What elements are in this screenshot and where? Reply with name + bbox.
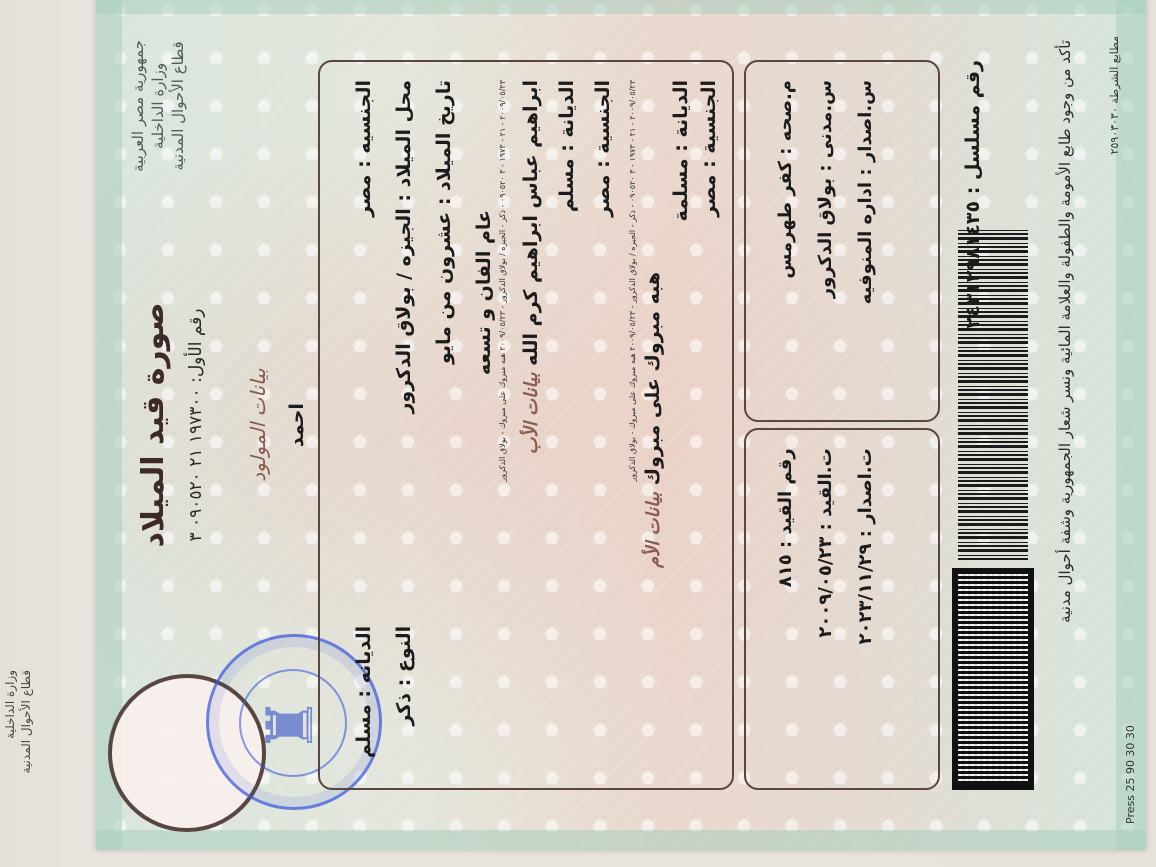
registry-offices: م.صحه : كفر طهرمس س.مدنى : بولاق الدكرور…	[744, 60, 940, 422]
mother-name: هبه مبروك على مبروك	[642, 272, 664, 485]
civil-office-row: س.مدنى : بولاق الدكرور	[806, 80, 846, 402]
father-name-row: ابراهيم عباس ابراهيم كرم الله بيانات الأ…	[520, 80, 542, 474]
gender-row: النوع : ذكر	[384, 626, 424, 758]
side-ministry-line-2: قطاع الأحوال المدنية	[18, 670, 34, 760]
verification-note: تأكد من وجود طابع الأمومة والطفولة والعل…	[1056, 40, 1074, 810]
security-microtext: ٢٠٠٩/٠٥/٢٣ - ٢١ - ١٩٧٣ - ٣ ٠٩٠٥٢٠ - ذكر …	[498, 80, 507, 770]
mother-section-label: بيانات الأم	[643, 492, 664, 568]
issue-office-row: س.اصدار : اداره المنوفيه	[846, 80, 886, 402]
side-ministry-line-1: وزارة الداخلية	[2, 670, 18, 760]
child-name: احمد	[286, 0, 308, 850]
registry-box: م.صحه : كفر طهرمس س.مدنى : بولاق الدكرور…	[744, 60, 940, 790]
mother-name-row: هبه مبروك على مبروك بيانات الأم	[642, 272, 664, 588]
father-nationality-row: الجنسية : مصر	[592, 80, 614, 217]
printer-arabic: مطابع الشرطة ٢٥٩٠٣٠٣٠	[1108, 36, 1121, 154]
nationality-value: مصر	[353, 175, 375, 217]
birth-certificate: ♜ جمهورية مصر العربية وزارة الداخلية قطا…	[96, 0, 1146, 850]
side-ministry-text: وزارة الداخلية قطاع الأحوال المدنية	[2, 670, 34, 760]
security-microtext-2: ٢٠٠٩/٠٥/٢٣ - ٢١ - ١٩٧٣ - ٣ ٠٩٠٥٢٠ - ذكر …	[628, 80, 637, 770]
child-section-label: بيانات المولود	[246, 0, 270, 850]
nationality-row: الجنسيه : مصر	[344, 80, 384, 414]
sector-name: قطاع الأحوال المدنية	[168, 40, 188, 172]
father-religion-row: الديانة : مسلم	[556, 80, 578, 212]
printer-latin: Press 25 90 30 30	[1124, 725, 1137, 824]
details-box: الجنسيه : مصر محل الميلاد : الجيزه / بول…	[318, 60, 734, 790]
gender-value: ذكر	[393, 693, 415, 726]
religion-row: الديانه : مسلم	[344, 626, 384, 758]
health-office-row: م.صحه : كفر طهرمس	[766, 80, 806, 402]
mother-nationality-row: الجنسية : مصر	[698, 80, 720, 217]
2d-barcode	[952, 568, 1034, 790]
mother-religion-row: الديانة : مسلمة	[670, 80, 692, 222]
record-date-row: ت.القيد : ٢٠٠٩/٠٥/٢٣	[806, 448, 846, 770]
birthplace-value: الجيزه / بولاق الدكرور	[393, 208, 415, 413]
child-religion-gender: الديانه : مسلم النوع : ذكر	[344, 626, 424, 758]
child-details: الجنسيه : مصر محل الميلاد : الجيزه / بول…	[344, 80, 504, 414]
father-section-label: بيانات الأب	[521, 373, 542, 455]
birthdate-value: عشرون من مايو	[433, 212, 455, 364]
barcode	[958, 230, 1028, 560]
document-title: صورة قيد الميلاد	[136, 0, 171, 850]
issue-date-row: ت.اصدار : ٢٠٢٣/١١/٢٩	[846, 448, 886, 770]
registry-dates: رقم القيد : ٨١٥ ت.القيد : ٢٠٠٩/٠٥/٢٣ ت.ا…	[744, 428, 940, 790]
record-number-row: رقم القيد : ٨١٥	[766, 448, 806, 770]
reference-number: رقم الأول: ١٩٧٣٠٠ ٢١ ٠٩٠٥٢٠ ٣	[186, 0, 206, 850]
religion-value: مسلم	[353, 704, 375, 758]
certificate-wrapper: ♜ جمهورية مصر العربية وزارة الداخلية قطا…	[96, 0, 1146, 850]
birthdate-row: تاريخ الميلاد : عشرون من مايو	[424, 80, 464, 414]
birthplace-row: محل الميلاد : الجيزه / بولاق الدكرور	[384, 80, 424, 414]
father-name: ابراهيم عباس ابراهيم كرم الله	[520, 80, 542, 366]
